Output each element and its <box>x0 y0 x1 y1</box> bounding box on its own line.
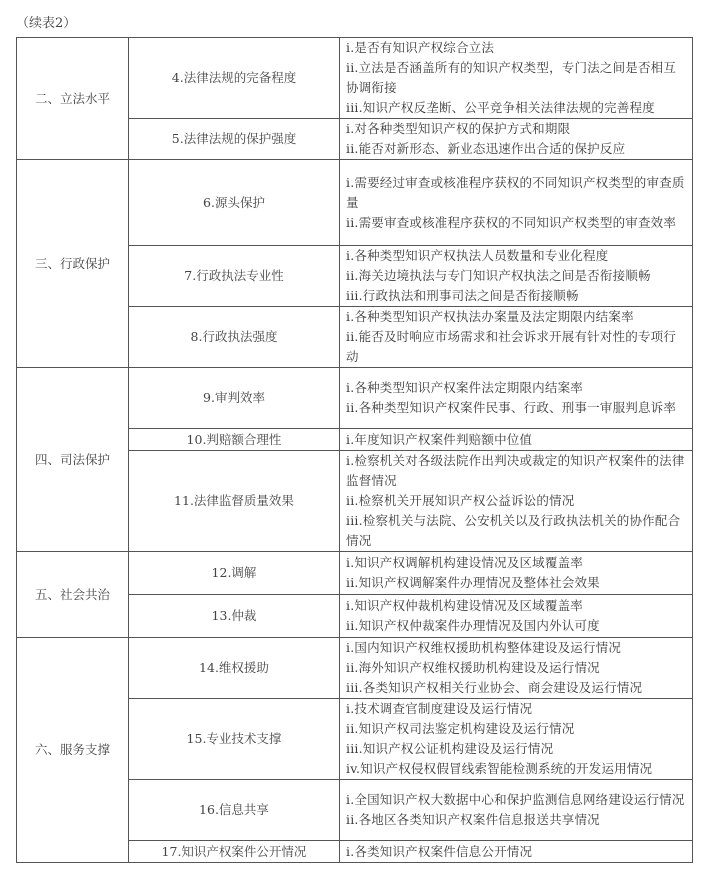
detail-line: i.各种类型知识产权执法办案量及法定期限内结案率 <box>346 307 686 327</box>
detail-cell: i.知识产权调解机构建设情况及区域覆盖率 ii.知识产权调解案件办理情况及整体社… <box>340 552 693 595</box>
detail-line: i.各种类型知识产权案件法定期限内结案率 <box>346 378 686 398</box>
detail-cell: i.全国知识产权大数据中心和保护监测信息网络建设运行情况 ii.各地区各类知识产… <box>340 780 693 841</box>
table-row: 二、立法水平 4.法律法规的完备程度 i.是否有知识产权综合立法 ii.立法是否… <box>17 38 693 119</box>
detail-cell: i.对各种类型知识产权的保护方式和期限 ii.能否对新形态、新业态迅速作出合适的… <box>340 119 693 160</box>
detail-line: i.是否有知识产权综合立法 <box>346 38 686 58</box>
indicator-cell: 5.法律法规的保护强度 <box>129 119 340 160</box>
detail-line: iii.行政执法和刑事司法之间是否衔接顺畅 <box>346 286 686 306</box>
detail-line: i.年度知识产权案件判赔额中位值 <box>346 430 686 450</box>
detail-line: i.各种类型知识产权执法人员数量和专业化程度 <box>346 246 686 266</box>
detail-line: i.各类知识产权案件信息公开情况 <box>346 842 686 862</box>
detail-cell: i.国内知识产权维权援助机构整体建设及运行情况 ii.海外知识产权维权援助机构建… <box>340 638 693 699</box>
detail-cell: i.技术调查官制度建设及运行情况 ii.知识产权司法鉴定机构建设及运行情况 ii… <box>340 699 693 780</box>
detail-cell: i.各种类型知识产权执法办案量及法定期限内结案率 ii.能否及时响应市场需求和社… <box>340 307 693 368</box>
detail-line: ii.需要审查或核准程序获权的不同知识产权类型的审查效率 <box>346 213 686 233</box>
table-caption: （续表2） <box>16 12 76 31</box>
detail-line: ii.立法是否涵盖所有的知识产权类型，专门法之间是否相互协调衔接 <box>346 58 686 98</box>
detail-line: ii.检察机关开展知识产权公益诉讼的情况 <box>346 491 686 511</box>
detail-line: ii.各地区各类知识产权案件信息报送共享情况 <box>346 810 686 830</box>
category-cell: 六、服务支撑 <box>17 638 129 863</box>
detail-line: i.国内知识产权维权援助机构整体建设及运行情况 <box>346 638 686 658</box>
detail-line: iii.知识产权反垄断、公平竞争相关法律法规的完善程度 <box>346 98 686 118</box>
detail-line: ii.知识产权调解案件办理情况及整体社会效果 <box>346 573 686 593</box>
detail-line: iii.知识产权公证机构建设及运行情况 <box>346 739 686 759</box>
detail-cell: i.各种类型知识产权案件法定期限内结案率 ii.各种类型知识产权案件民事、行政、… <box>340 368 693 429</box>
detail-line: ii.能否及时响应市场需求和社会诉求开展有针对性的专项行动 <box>346 327 686 367</box>
detail-cell: i.检察机关对各级法院作出判决或裁定的知识产权案件的法律监督情况 ii.检察机关… <box>340 451 693 552</box>
table-row: 五、社会共治 12.调解 i.知识产权调解机构建设情况及区域覆盖率 ii.知识产… <box>17 552 693 595</box>
detail-cell: i.年度知识产权案件判赔额中位值 <box>340 429 693 451</box>
category-cell: 二、立法水平 <box>17 38 129 160</box>
indicator-cell: 9.审判效率 <box>129 368 340 429</box>
indicator-cell: 14.维权援助 <box>129 638 340 699</box>
detail-line: i.检察机关对各级法院作出判决或裁定的知识产权案件的法律监督情况 <box>346 451 686 491</box>
detail-line: iv.知识产权侵权假冒线索智能检测系统的开发运用情况 <box>346 759 686 779</box>
indicator-cell: 15.专业技术支撑 <box>129 699 340 780</box>
detail-line: i.对各种类型知识产权的保护方式和期限 <box>346 119 686 139</box>
detail-line: i.知识产权调解机构建设情况及区域覆盖率 <box>346 553 686 573</box>
detail-line: i.需要经过审查或核准程序获权的不同知识产权类型的审查质量 <box>346 173 686 213</box>
detail-cell: i.需要经过审查或核准程序获权的不同知识产权类型的审查质量 ii.需要审查或核准… <box>340 160 693 246</box>
detail-cell: i.是否有知识产权综合立法 ii.立法是否涵盖所有的知识产权类型，专门法之间是否… <box>340 38 693 119</box>
category-cell: 五、社会共治 <box>17 552 129 638</box>
detail-cell: i.各种类型知识产权执法人员数量和专业化程度 ii.海关边境执法与专门知识产权执… <box>340 246 693 307</box>
table-row: 六、服务支撑 14.维权援助 i.国内知识产权维权援助机构整体建设及运行情况 i… <box>17 638 693 699</box>
detail-line: i.全国知识产权大数据中心和保护监测信息网络建设运行情况 <box>346 790 686 810</box>
detail-cell: i.知识产权仲裁机构建设情况及区域覆盖率 ii.知识产权仲裁案件办理情况及国内外… <box>340 595 693 638</box>
indicator-table: 二、立法水平 4.法律法规的完备程度 i.是否有知识产权综合立法 ii.立法是否… <box>16 37 693 863</box>
detail-line: ii.各种类型知识产权案件民事、行政、刑事一审服判息诉率 <box>346 398 686 418</box>
indicator-cell: 7.行政执法专业性 <box>129 246 340 307</box>
detail-line: ii.知识产权司法鉴定机构建设及运行情况 <box>346 719 686 739</box>
category-cell: 三、行政保护 <box>17 160 129 368</box>
detail-cell: i.各类知识产权案件信息公开情况 <box>340 841 693 863</box>
indicator-cell: 11.法律监督质量效果 <box>129 451 340 552</box>
indicator-cell: 12.调解 <box>129 552 340 595</box>
detail-line: iii.检察机关与法院、公安机关以及行政执法机关的协作配合情况 <box>346 511 686 551</box>
table-row: 三、行政保护 6.源头保护 i.需要经过审查或核准程序获权的不同知识产权类型的审… <box>17 160 693 246</box>
indicator-cell: 17.知识产权案件公开情况 <box>129 841 340 863</box>
detail-line: ii.海外知识产权维权援助机构建设及运行情况 <box>346 658 686 678</box>
category-cell: 四、司法保护 <box>17 368 129 552</box>
detail-line: ii.海关边境执法与专门知识产权执法之间是否衔接顺畅 <box>346 266 686 286</box>
indicator-cell: 4.法律法规的完备程度 <box>129 38 340 119</box>
indicator-cell: 13.仲裁 <box>129 595 340 638</box>
detail-line: i.技术调查官制度建设及运行情况 <box>346 699 686 719</box>
detail-line: i.知识产权仲裁机构建设情况及区域覆盖率 <box>346 596 686 616</box>
detail-line: ii.知识产权仲裁案件办理情况及国内外认可度 <box>346 616 686 636</box>
indicator-cell: 10.判赔额合理性 <box>129 429 340 451</box>
table-row: 四、司法保护 9.审判效率 i.各种类型知识产权案件法定期限内结案率 ii.各种… <box>17 368 693 429</box>
detail-line: iii.各类知识产权相关行业协会、商会建设及运行情况 <box>346 678 686 698</box>
indicator-cell: 8.行政执法强度 <box>129 307 340 368</box>
indicator-cell: 16.信息共享 <box>129 780 340 841</box>
detail-line: ii.能否对新形态、新业态迅速作出合适的保护反应 <box>346 139 686 159</box>
indicator-cell: 6.源头保护 <box>129 160 340 246</box>
